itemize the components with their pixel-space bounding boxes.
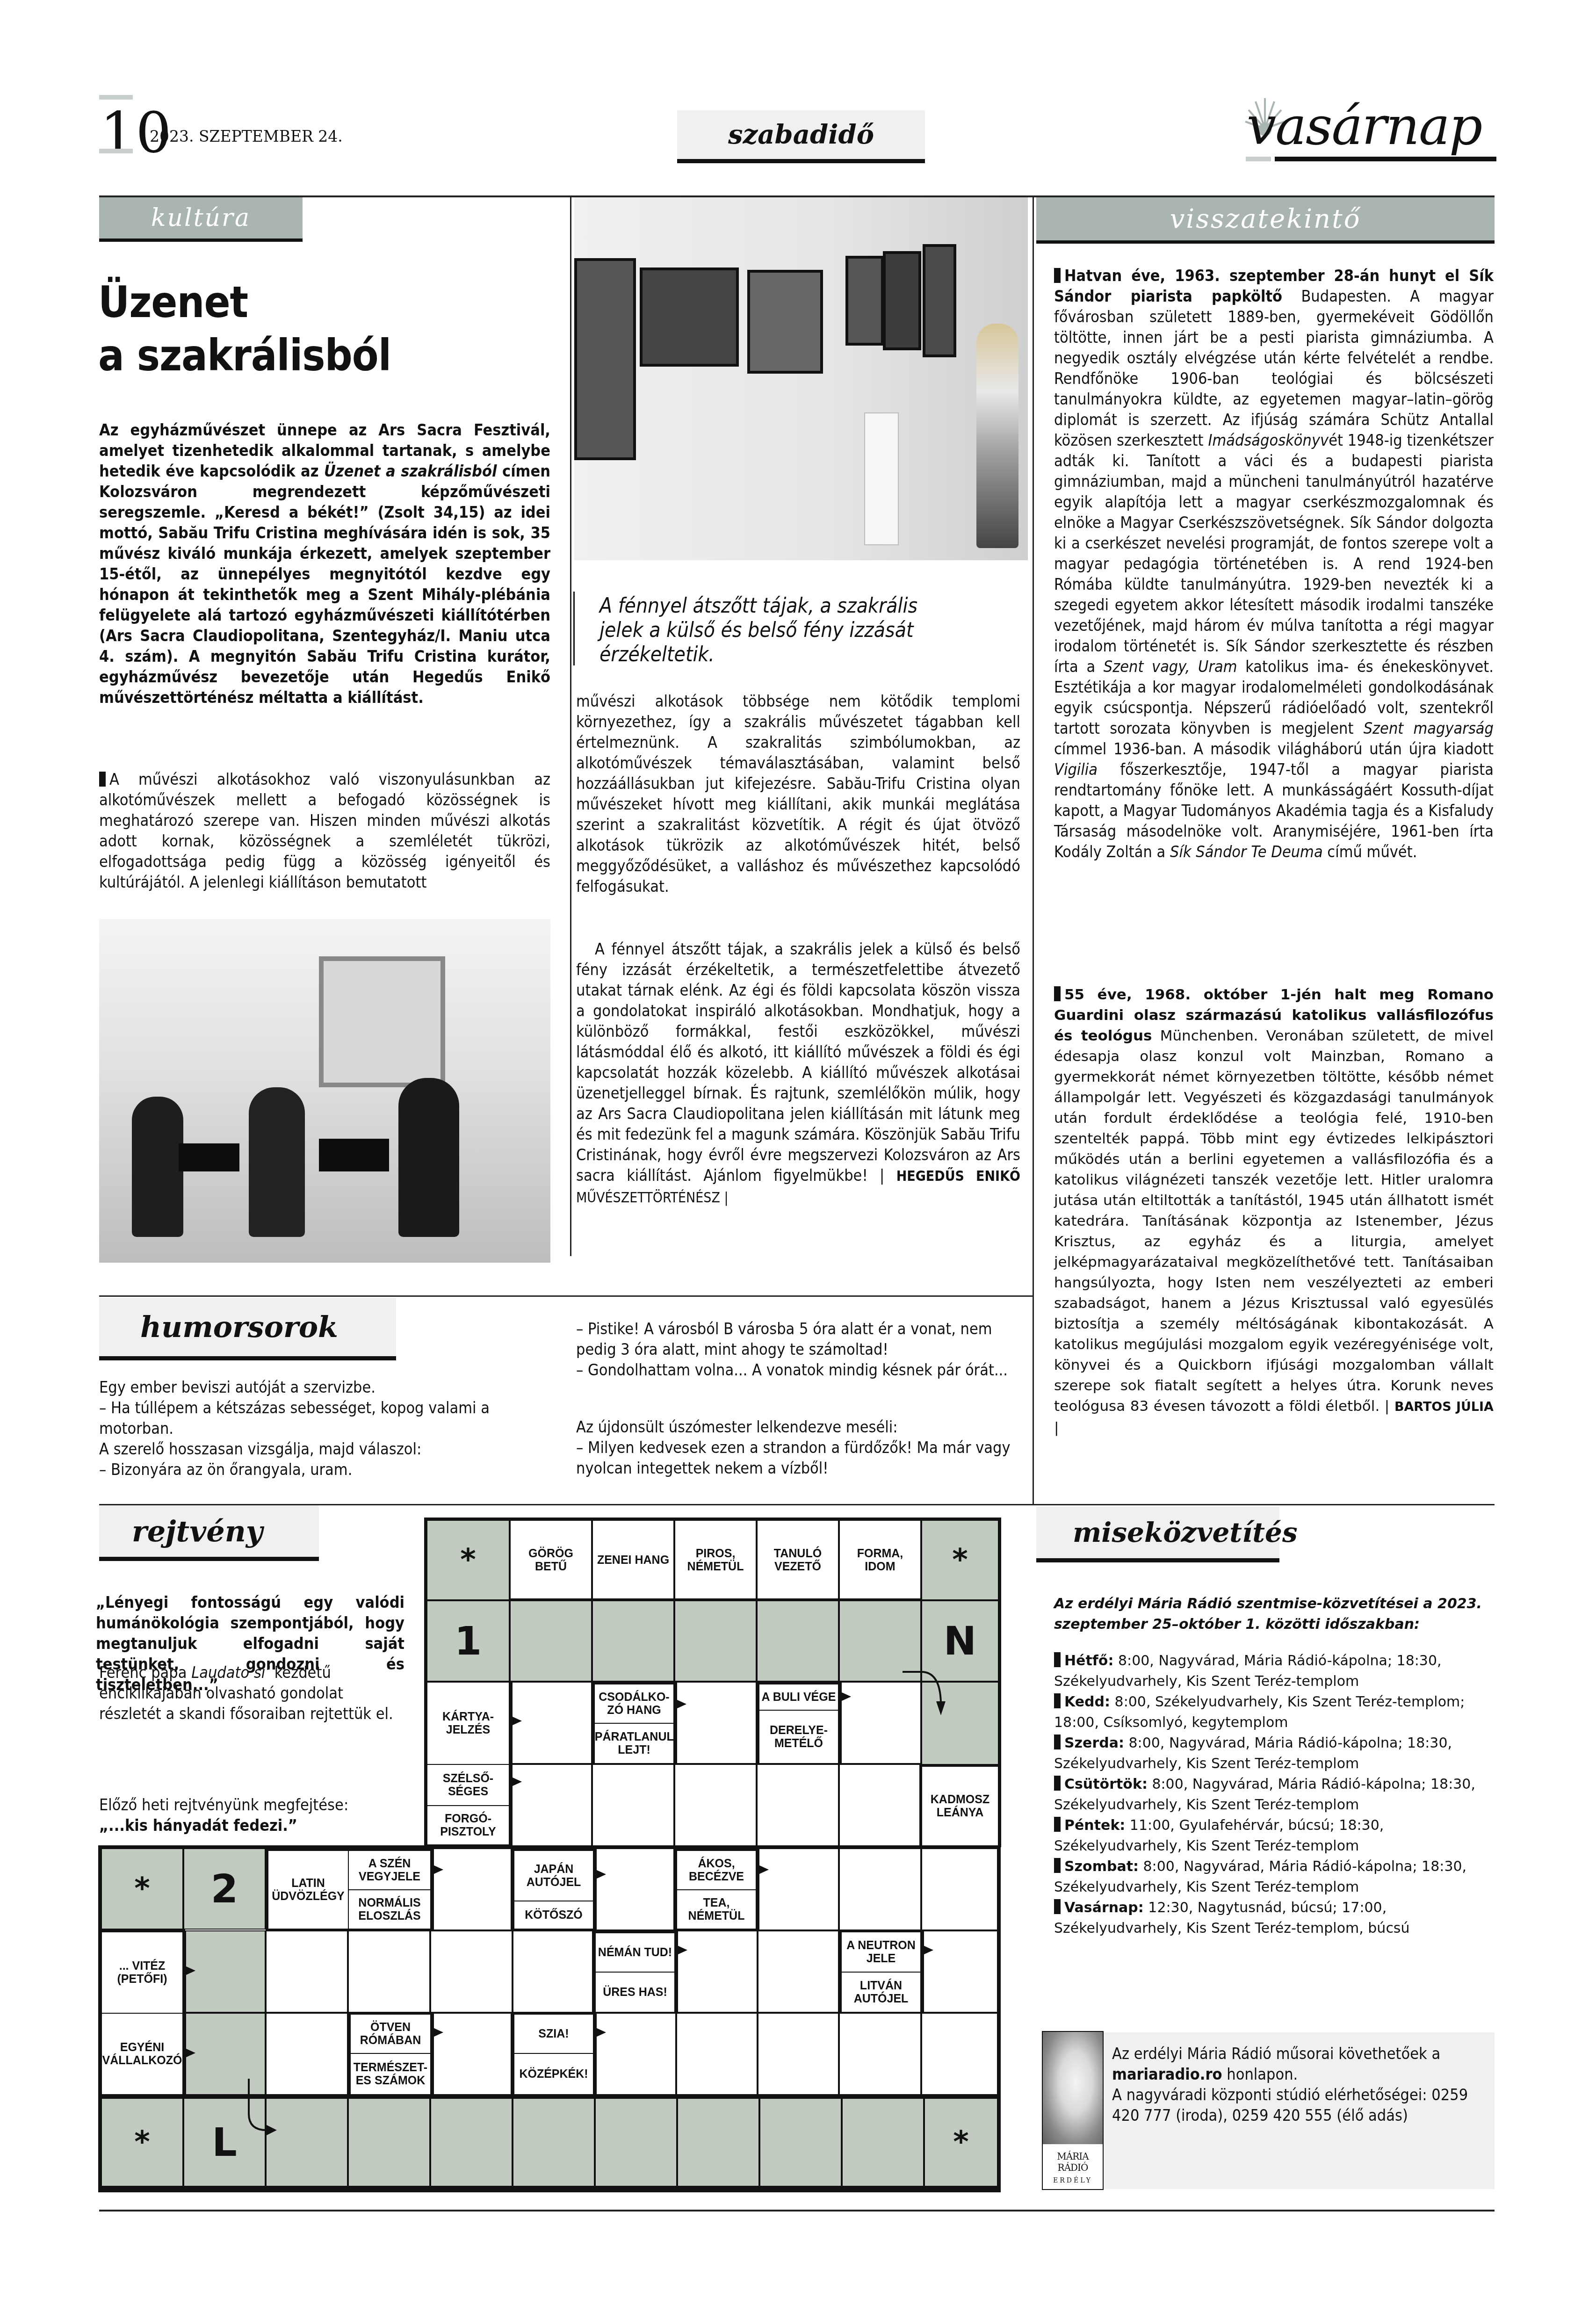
paragraph-bullet-icon [1054, 1652, 1061, 1667]
answer-cell[interactable] [923, 1930, 998, 2013]
answer-cell[interactable] [513, 2098, 595, 2187]
answer-cell[interactable] [676, 1682, 757, 1764]
clue-csodalkozo-hang[interactable]: CSODÁLKO-ZÓ HANG [592, 1682, 676, 1724]
masthead-rule-black [1275, 157, 1496, 161]
clue-gorog-betu[interactable]: GÖRÖG BETŰ [510, 1520, 592, 1600]
radio-website-link[interactable]: mariaradio.ro [1112, 2065, 1222, 2084]
answer-cell[interactable] [512, 1682, 592, 1764]
day-label: Kedd: [1064, 1694, 1110, 1710]
clue-kartyajelzes[interactable]: KÁRTYA-JELZÉS [426, 1682, 512, 1765]
logo-title: MÁRIA RÁDIÓ [1043, 2151, 1103, 2173]
answer-cell[interactable] [674, 1600, 757, 1682]
radio-text: Az erdélyi Mária Rádió műsorai követhető… [1112, 2045, 1440, 2063]
day-label: Hétfő: [1064, 1653, 1113, 1669]
article-title: Üzenet a szakrálisból [98, 276, 391, 383]
arrow-right-icon [841, 1692, 851, 1701]
paragraph-bullet-icon [1054, 268, 1061, 283]
answer-cell[interactable] [842, 2098, 924, 2187]
article-paragraph-1: A művészi alkotásokhoz való viszonyulásu… [99, 769, 550, 893]
clue-piros-nemetul[interactable]: PIROS, NÉMETÜL [674, 1520, 757, 1600]
answer-cell[interactable] [596, 2013, 676, 2095]
arrow-right-icon [512, 1777, 522, 1786]
pedestal [864, 412, 899, 545]
puzzle-intro: Ferenc pápa Laudato si’ kezdetű enciklik… [99, 1662, 408, 1724]
painting-5 [883, 251, 921, 350]
answer-cell[interactable] [759, 2098, 842, 2187]
masthead-rule-grey [1246, 157, 1271, 161]
clue-japan-autojel[interactable]: JAPÁN AUTÓJEL [512, 1848, 596, 1901]
retro-italic: Sík Sándor Te Deuma [1170, 843, 1323, 861]
day-label: Vasárnap: [1064, 1900, 1144, 1916]
clue-szelsoseges[interactable]: SZÉLSŐ-SÉGES [426, 1764, 512, 1806]
intro-italic: Laudato si’ [191, 1663, 270, 1682]
section-label-misekozvetites: miseközvetítés [1036, 1507, 1279, 1562]
concert-photo [99, 919, 550, 1263]
bottom-rule [99, 2210, 1495, 2212]
answer-cell[interactable] [839, 1764, 921, 1847]
arrow-right-icon [923, 1945, 933, 1955]
retro-item-1: Hatvan éve, 1963. szeptember 28-án hunyt… [1054, 266, 1494, 862]
visitor [976, 324, 1018, 548]
clue-otven-romaban[interactable]: ÖTVEN RÓMÁBAN [348, 2012, 433, 2054]
joke-2: – Pistike! A városból B városba 5 óra al… [576, 1319, 1020, 1380]
answer-cell[interactable] [839, 1848, 921, 1930]
curved-arrow-icon [898, 1665, 949, 1721]
schedule-item-saturday: Szombat: 8:00, Nagyvárad, Mária Rádió-ká… [1054, 1857, 1494, 1898]
clue-tanulo-vezeto[interactable]: TANULÓ VEZETŐ [757, 1520, 839, 1600]
answer-cell[interactable] [677, 1930, 758, 2013]
grid-star-cell: * [426, 1520, 510, 1600]
lead-italic: Üzenet a szakrálisból [324, 462, 497, 481]
paragraph-bullet-icon [1054, 1899, 1061, 1914]
retro-author-end: | [1054, 1419, 1059, 1436]
answer-cell[interactable] [921, 1848, 998, 1930]
joke-line: – Pistike! A városból B városba 5 óra al… [576, 1319, 1020, 1360]
section-label-kultura: kultúra [99, 197, 303, 242]
arrow-right-icon [677, 1945, 687, 1955]
paragraph-bullet-icon [1054, 1693, 1061, 1708]
grid-number-cell: 2 [183, 1848, 266, 1930]
clue-derelyemetelo[interactable]: DERELYE-METÉLŐ [757, 1710, 841, 1766]
answer-cell[interactable] [510, 1600, 592, 1682]
maria-radio-logo: MÁRIA RÁDIÓ ERDÉLY [1042, 2031, 1104, 2190]
madonna-image [1043, 2032, 1103, 2144]
musician-3 [398, 1078, 459, 1237]
para1-text: A művészi alkotásokhoz való viszonyulásu… [99, 770, 550, 892]
grid-star-cell: * [101, 1848, 183, 1930]
clue-paratlanul-lejt[interactable]: PÁRATLANUL LEJT! [592, 1723, 676, 1766]
answer-cell[interactable] [758, 1848, 839, 1930]
painting-1 [574, 258, 636, 460]
joke-line: – Gondolhattam volna... A vonatok mindig… [576, 1360, 1020, 1380]
answer-cell[interactable] [592, 1600, 674, 1682]
answer-cell[interactable] [185, 1930, 266, 2013]
mass-intro: Az erdélyi Mária Rádió szentmise-közvetí… [1054, 1594, 1494, 1635]
grid-star-cell: * [924, 2098, 998, 2187]
paragraph-bullet-icon [1054, 986, 1061, 1001]
painting-2 [640, 267, 739, 367]
retro-item-2: 55 éve, 1968. október 1-jén halt meg Rom… [1054, 984, 1494, 1438]
day-text: 8:00, Székelyudvarhely, Kis Szent Teréz-… [1054, 1694, 1465, 1731]
answer-cell[interactable] [677, 2098, 759, 2187]
article-title-line2: a szakrálisból [98, 331, 391, 381]
page-number-rule-bottom [99, 149, 133, 153]
painting-3 [747, 270, 823, 374]
answer-cell[interactable] [513, 1930, 593, 2013]
answer-cell[interactable] [430, 1930, 513, 2013]
paragraph-bullet-icon [1054, 1776, 1061, 1791]
answer-cell[interactable] [757, 1764, 839, 1847]
painting-4 [845, 256, 884, 346]
day-label: Péntek: [1064, 1817, 1125, 1834]
article-paragraph-3: A fénnyel átszőtt tájak, a szakrális jel… [576, 939, 1020, 1208]
clue-ures-has[interactable]: ÜRES HAS! [593, 1972, 677, 2015]
clue-tea-nemetul[interactable]: TEA, NÉMETÜL [674, 1889, 758, 1931]
masthead-logo: vasárnap [1244, 96, 1496, 161]
arrow-right-icon [185, 2048, 195, 2058]
arrow-right-icon [185, 1966, 195, 1975]
clue-vitez-petofi[interactable]: ... VITÉZ (PETŐFI) [101, 1930, 185, 2014]
arrow-right-icon [596, 2028, 606, 2037]
section-label-text: kultúra [151, 204, 251, 232]
answer-cell[interactable] [595, 2098, 677, 2187]
answer-cell[interactable] [433, 2013, 512, 2095]
portrait-painting [319, 956, 445, 1087]
paragraph-bullet-icon [1054, 1858, 1061, 1873]
answer-cell[interactable] [596, 1848, 674, 1930]
musician-1 [132, 1097, 183, 1237]
section-label-text: humorsorok [140, 1310, 338, 1344]
retro-text: címmel 1936-ban. A második világháború u… [1054, 740, 1494, 759]
musician-2 [249, 1087, 305, 1237]
clue-a-szen-vegyjele[interactable]: A SZÉN VEGYJELE [348, 1848, 433, 1890]
joke-line: Egy ember beviszi autóját a szervizbe. [99, 1377, 548, 1398]
retro-text: ét 1948-ig tizenkétszer adták ki. Taníto… [1054, 431, 1494, 676]
intro-text: Ferenc pápa [99, 1663, 191, 1682]
answer-cell[interactable] [839, 2013, 921, 2095]
arrow-right-icon [433, 2028, 443, 2037]
radio-text: honlapon. [1222, 2065, 1298, 2084]
radio-info-text: Az erdélyi Mária Rádió műsorai követhető… [1112, 2044, 1481, 2126]
grid-star-cell: * [921, 1520, 999, 1600]
answer-cell[interactable] [348, 2098, 430, 2187]
grid-number-cell: 1 [426, 1600, 510, 1682]
joke-line: – Bizonyára az ön őrangyala, uram. [99, 1460, 548, 1480]
schedule-item-tuesday: Kedd: 8:00, Székelyudvarhely, Kis Szent … [1054, 1692, 1494, 1733]
page-number-rule-top [99, 95, 133, 100]
curved-arrow-icon [243, 2076, 281, 2142]
section-label-rejtveny: rejtvény [99, 1505, 319, 1561]
section-tag-szabadido: szabadidő [677, 110, 925, 163]
section-label-visszatekinto: visszatekintő [1036, 197, 1495, 244]
column-separator-1 [570, 195, 571, 1256]
clue-neman-tud[interactable]: NÉMÁN TUD! [593, 1930, 677, 1973]
article-paragraph-2: művészi alkotások többsége nem kötődik t… [576, 691, 1020, 897]
article-author: HEGEDŰS ENIKŐ [896, 1168, 1020, 1185]
clue-szia[interactable]: SZIA! [512, 2012, 596, 2054]
arrow-right-icon [512, 1716, 522, 1726]
schedule-item-thursday: Csütörtök: 8:00, Nagyvárad, Mária Rádió-… [1054, 1774, 1494, 1815]
previous-solution-label: Előző heti rejtvényünk megfejtése: [99, 1795, 417, 1815]
answer-cell[interactable] [757, 1600, 839, 1682]
clue-normalis-eloszlas[interactable]: NORMÁLIS ELOSZLÁS [348, 1889, 433, 1931]
masthead-title: vasárnap [1247, 96, 1481, 157]
section-label-humorsorok: humorsorok [99, 1298, 396, 1360]
paragraph-bullet-icon [1054, 1817, 1061, 1832]
article-lead: Az egyházművészet ünnepe az Ars Sacra Fe… [99, 420, 550, 708]
arrow-right-icon [433, 1865, 443, 1874]
answer-cell[interactable] [433, 1848, 512, 1930]
answer-cell[interactable] [921, 2013, 998, 2095]
answer-cell[interactable] [430, 2098, 513, 2187]
answer-cell[interactable] [758, 2013, 839, 2095]
clue-termeszetes-szamok[interactable]: TERMÉSZET-ES SZÁMOK [348, 2053, 433, 2097]
article-title-line1: Üzenet [98, 277, 248, 327]
retro-author: BARTOS JÚLIA [1394, 1400, 1494, 1414]
section-label-text: miseközvetítés [1073, 1517, 1298, 1548]
answer-cell[interactable] [512, 1764, 592, 1847]
schedule-item-friday: Péntek: 11:00, Gyulafehérvár, búcsú; 18:… [1054, 1815, 1494, 1857]
clue-kotoszo[interactable]: KÖTŐSZÓ [512, 1901, 596, 1931]
lead-text-2: címen Kolozsváron megrendezett képzőművé… [99, 462, 550, 707]
schedule-item-wednesday: Szerda: 8:00, Nagyvárad, Mária Rádió-káp… [1054, 1733, 1494, 1774]
music-stand-2 [179, 1143, 239, 1171]
retro-italic: Vigilia [1054, 760, 1098, 779]
joke-3: Az újdonsült úszómester lelkendezve mesé… [576, 1417, 1020, 1479]
retro-text: Budapesten. A magyar fővárosban születet… [1054, 287, 1494, 450]
clue-kozepkek[interactable]: KÖZÉPKÉK! [512, 2053, 596, 2097]
mass-schedule: Hétfő: 8:00, Nagyvárad, Mária Rádió-kápo… [1054, 1651, 1494, 1939]
paragraph-bullet-icon [99, 772, 106, 787]
clue-a-buli-vege[interactable]: A BULI VÉGE [757, 1682, 841, 1711]
clue-akos-becezve[interactable]: ÁKOS, BECÉZVE [674, 1848, 758, 1890]
section-label-text: rejtvény [132, 1514, 263, 1548]
retro-italic: Szent magyarság [1364, 719, 1494, 738]
pull-quote-text: A fénnyel átszőtt tájak, a szakrális jel… [599, 594, 927, 667]
issue-date: 2023. SZEPTEMBER 24. [150, 127, 343, 145]
retro-text: Münchenben. Veronában született, de mive… [1054, 1027, 1494, 1415]
previous-solution-answer: „...kis hányadát fedezi.” [99, 1815, 417, 1836]
answer-cell[interactable] [758, 1930, 839, 2013]
clue-latin-udvozlegy[interactable]: LATIN ÜDVÖZLÉGY [266, 1848, 349, 1931]
retro-italic: Imádságoskönyv [1208, 431, 1329, 450]
para3-text: A fénnyel átszőtt tájak, a szakrális jel… [576, 940, 1020, 1185]
answer-cell[interactable] [266, 1930, 348, 2013]
answer-cell[interactable] [676, 2013, 758, 2095]
clue-litvan-autojel[interactable]: LITVÁN AUTÓJEL [839, 1972, 923, 2015]
day-label: Csütörtök: [1064, 1776, 1148, 1792]
retro-text: című művét. [1323, 843, 1417, 861]
paragraph-bullet-icon [1054, 1735, 1061, 1749]
radio-contact: A nagyváradi központi stúdió elérhetőség… [1112, 2086, 1468, 2125]
schedule-item-monday: Hétfő: 8:00, Nagyvárad, Mária Rádió-kápo… [1054, 1651, 1494, 1692]
retro-italic: Szent vagy, Uram [1104, 658, 1237, 676]
painting-6 [923, 244, 956, 357]
para2-text: művészi alkotások többsége nem kötődik t… [576, 692, 1020, 896]
clue-a-neutron-jele[interactable]: A NEUTRON JELE [839, 1930, 923, 1973]
clue-egyeni-vallalkozo[interactable]: EGYÉNI VÁLLALKOZÓ [101, 2013, 185, 2097]
joke-line: Az újdonsült úszómester lelkendezve mesé… [576, 1417, 1020, 1438]
schedule-item-sunday: Vasárnap: 12:30, Nagytusnád, búcsú; 17:0… [1054, 1898, 1494, 1939]
column-separator-2 [1033, 195, 1034, 1505]
clue-zenei-hang[interactable]: ZENEI HANG [592, 1520, 674, 1600]
joke-line: – Milyen kedvesek ezen a strandon a fürd… [576, 1438, 1020, 1479]
gallery-photo [574, 197, 1028, 560]
arrow-right-icon [676, 1699, 686, 1709]
answer-cell[interactable] [674, 1764, 757, 1847]
pull-quote [573, 592, 575, 665]
answer-cell[interactable] [348, 1930, 430, 2013]
section-tag-label: szabadidő [728, 119, 874, 150]
clue-forma-idom[interactable]: FORMA, IDOM [839, 1520, 921, 1600]
grid-star-cell: * [101, 2098, 183, 2187]
previous-solution: Előző heti rejtvényünk megfejtése: „...k… [99, 1795, 417, 1836]
clue-forgopisztoly[interactable]: FORGÓ-PISZTOLY [426, 1805, 512, 1847]
joke-1: Egy ember beviszi autóját a szervizbe. –… [99, 1377, 548, 1480]
answer-cell[interactable] [592, 1764, 674, 1847]
joke-line: – Ha túllépem a kétszázas sebességet, ko… [99, 1398, 548, 1439]
joke-line: A szerelő hosszasan vizsgálja, majd vála… [99, 1439, 548, 1460]
day-label: Szerda: [1064, 1735, 1124, 1751]
music-stand [319, 1139, 389, 1171]
author-role: MŰVÉSZETTÖRTÉNÉSZ | [576, 1190, 729, 1206]
logo-subtitle: ERDÉLY [1043, 2177, 1103, 2184]
clue-kadmosz-leanya[interactable]: KADMOSZ LEÁNYA [919, 1764, 999, 1848]
arrow-right-icon [596, 1870, 606, 1879]
arrow-right-icon [758, 1865, 769, 1874]
day-label: Szombat: [1064, 1858, 1139, 1875]
humor-top-rule [99, 1295, 1033, 1297]
section-label-text: visszatekintő [1170, 204, 1361, 234]
